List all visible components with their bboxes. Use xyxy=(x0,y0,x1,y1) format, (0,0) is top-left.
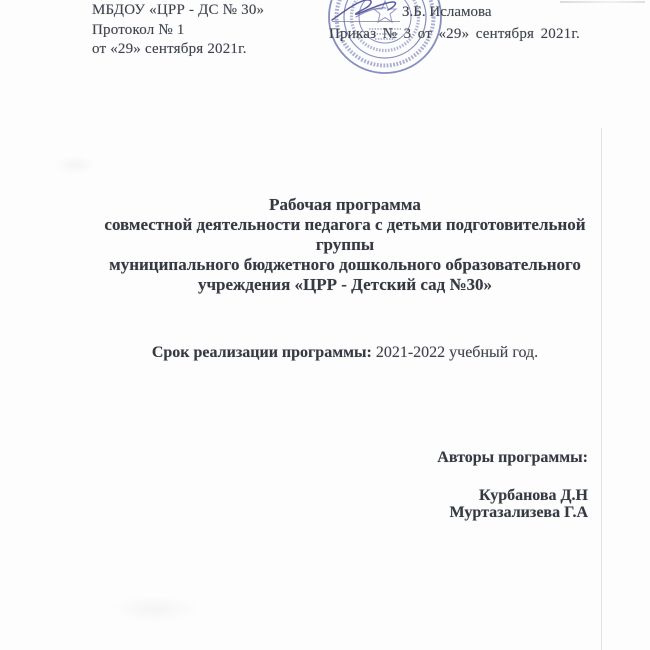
authors-block: Авторы программы: Курбанова Д.Н Муртазал… xyxy=(437,449,588,522)
institution-name: МБДОУ «ЦРР - ДС № 30» xyxy=(92,1,264,21)
scanned-page-edge xyxy=(601,128,602,650)
signature-line xyxy=(332,21,400,22)
program-term-line: Срок реализации программы: 2021-2022 уче… xyxy=(40,344,650,362)
title-line-2: совместной деятельности педагога с детьм… xyxy=(40,215,650,235)
title-line-4: муниципального бюджетного дошкольного об… xyxy=(40,255,650,275)
author-name-1: Курбанова Д.Н xyxy=(437,487,588,505)
protocol-date: от «29» сентября 2021г. xyxy=(92,40,264,60)
scan-smudge xyxy=(55,155,95,175)
protocol-number: Протокол № 1 xyxy=(92,21,264,41)
authors-heading: Авторы программы: xyxy=(437,449,588,467)
scan-smudge xyxy=(110,595,200,623)
title-line-5: учреждения «ЦРР - Детский сад №30» xyxy=(40,275,650,295)
program-term-label: Срок реализации программы: xyxy=(152,344,372,361)
scan-artifact-top-right xyxy=(560,1,645,3)
order-number-line: Приказ № 3 от «29» сентября 2021г. xyxy=(329,26,580,43)
signatory-name: З.Б. Исламова xyxy=(402,4,492,21)
scanned-document-page: МБДОУ «ЦРР - ДС № 30» Протокол № 1 от «2… xyxy=(0,0,650,650)
title-line-3: группы xyxy=(40,235,650,255)
document-title: Рабочая программа совместной деятельност… xyxy=(40,195,650,295)
title-line-1: Рабочая программа xyxy=(40,195,650,215)
author-name-2: Муртазализева Г.А xyxy=(437,504,588,522)
approval-block: МБДОУ «ЦРР - ДС № 30» Протокол № 1 от «2… xyxy=(92,1,264,60)
program-term-value: 2021-2022 учебный год. xyxy=(372,344,538,361)
